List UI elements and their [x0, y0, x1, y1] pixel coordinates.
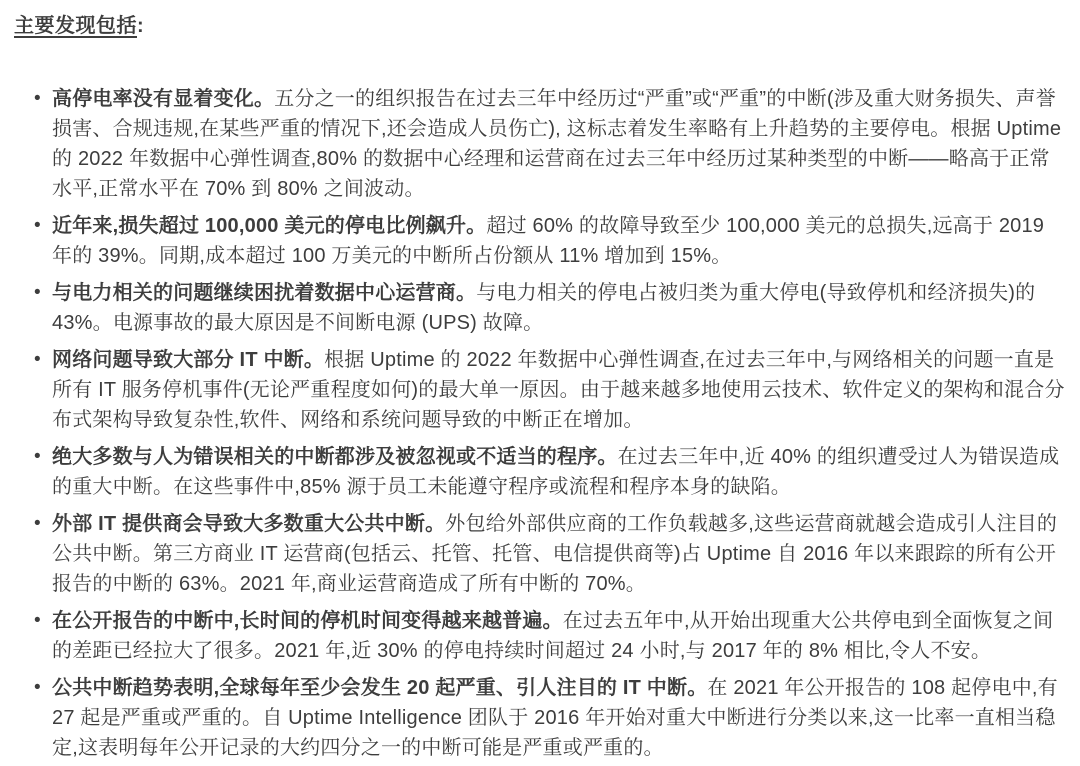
finding-lead: 绝大多数与人为错误相关的中断都涉及被忽视或不适当的程序。	[52, 446, 618, 468]
finding-item: 网络问题导致大部分 IT 中断。根据 Uptime 的 2022 年数据中心弹性…	[52, 345, 1066, 435]
finding-item: 外部 IT 提供商会导致大多数重大公共中断。外包给外部供应商的工作负载越多,这些…	[52, 509, 1066, 599]
document-body: 主要发现包括: 高停电率没有显着变化。五分之一的组织报告在过去三年中经历过“严重…	[0, 0, 1080, 763]
finding-item: 在公开报告的中断中,长时间的停机时间变得越来越普遍。在过去五年中,从开始出现重大…	[52, 606, 1066, 666]
finding-item: 绝大多数与人为错误相关的中断都涉及被忽视或不适当的程序。在过去三年中,近 40%…	[52, 442, 1066, 502]
finding-item: 高停电率没有显着变化。五分之一的组织报告在过去三年中经历过“严重”或“严重”的中…	[52, 84, 1066, 204]
findings-list: 高停电率没有显着变化。五分之一的组织报告在过去三年中经历过“严重”或“严重”的中…	[14, 84, 1066, 763]
finding-lead: 网络问题导致大部分 IT 中断。	[52, 349, 324, 371]
finding-lead: 在公开报告的中断中,长时间的停机时间变得越来越普遍。	[52, 610, 563, 632]
finding-lead: 与电力相关的问题继续困扰着数据中心运营商。	[52, 282, 476, 304]
page-title: 主要发现包括:	[14, 13, 1066, 39]
finding-item: 与电力相关的问题继续困扰着数据中心运营商。与电力相关的停电占被归类为重大停电(导…	[52, 278, 1066, 338]
page-title-text: 主要发现包括	[14, 15, 137, 37]
page-title-colon: :	[137, 15, 144, 37]
finding-item: 近年来,损失超过 100,000 美元的停电比例飙升。超过 60% 的故障导致至…	[52, 211, 1066, 271]
finding-lead: 外部 IT 提供商会导致大多数重大公共中断。	[52, 513, 445, 535]
finding-lead: 近年来,损失超过 100,000 美元的停电比例飙升。	[52, 215, 486, 237]
finding-item: 公共中断趋势表明,全球每年至少会发生 20 起严重、引人注目的 IT 中断。在 …	[52, 673, 1066, 763]
finding-lead: 高停电率没有显着变化。	[52, 88, 274, 110]
finding-lead: 公共中断趋势表明,全球每年至少会发生 20 起严重、引人注目的 IT 中断。	[52, 677, 707, 699]
